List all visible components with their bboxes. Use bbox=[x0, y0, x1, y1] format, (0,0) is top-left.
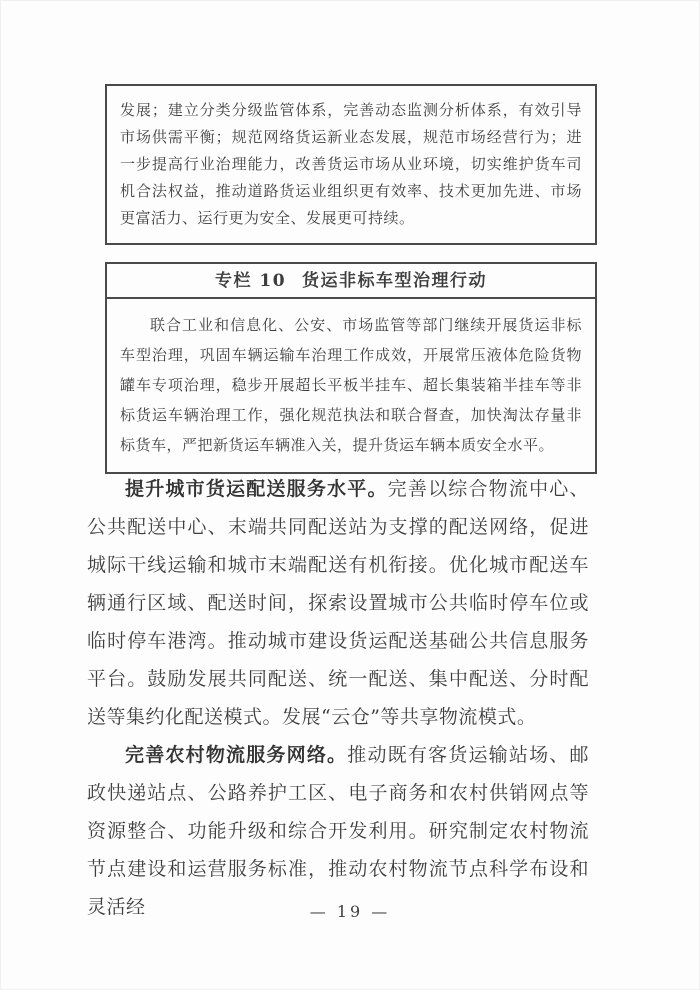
paragraph-text-rural: 推动既有客货运输站场、邮政快递站点、公路养护工区、电子商务和农村供销网点等资源整… bbox=[87, 744, 589, 918]
paragraph-text-urban: 完善以综合物流中心、公共配送中心、末端共同配送站为支撑的配送网络，促进城际干线运… bbox=[87, 478, 589, 728]
column-box-continuation: 发展；建立分类分级监管体系，完善动态监测分析体系，有效引导市场供需平衡；规范网络… bbox=[105, 84, 597, 245]
main-text-column: 提升城市货运配送服务水平。完善以综合物流中心、公共配送中心、末端共同配送站为支撑… bbox=[87, 470, 589, 926]
column-box-10-label: 专栏 10 bbox=[215, 271, 286, 291]
column-box-10-body: 联合工业和信息化、公安、市场监管等部门继续开展货运非标车型治理，巩固车辆运输车治… bbox=[107, 299, 595, 472]
paragraph-lead-rural: 完善农村物流服务网络。 bbox=[125, 744, 347, 766]
paragraph-lead-urban: 提升城市货运配送服务水平。 bbox=[125, 478, 388, 500]
page-number: — 19 — bbox=[0, 902, 700, 921]
column-box-10-header: 专栏 10货运非标车型治理行动 bbox=[107, 264, 595, 299]
column-box-10: 专栏 10货运非标车型治理行动 联合工业和信息化、公安、市场监管等部门继续开展货… bbox=[105, 262, 597, 474]
paragraph-rural-logistics: 完善农村物流服务网络。推动既有客货运输站场、邮政快递站点、公路养护工区、电子商务… bbox=[87, 736, 589, 926]
document-page: 发展；建立分类分级监管体系，完善动态监测分析体系，有效引导市场供需平衡；规范网络… bbox=[0, 0, 700, 990]
column-box-10-title: 货运非标车型治理行动 bbox=[302, 271, 487, 291]
column-box-continuation-text: 发展；建立分类分级监管体系，完善动态监测分析体系，有效引导市场供需平衡；规范网络… bbox=[120, 97, 582, 232]
paragraph-urban-freight-delivery: 提升城市货运配送服务水平。完善以综合物流中心、公共配送中心、末端共同配送站为支撑… bbox=[87, 470, 589, 736]
